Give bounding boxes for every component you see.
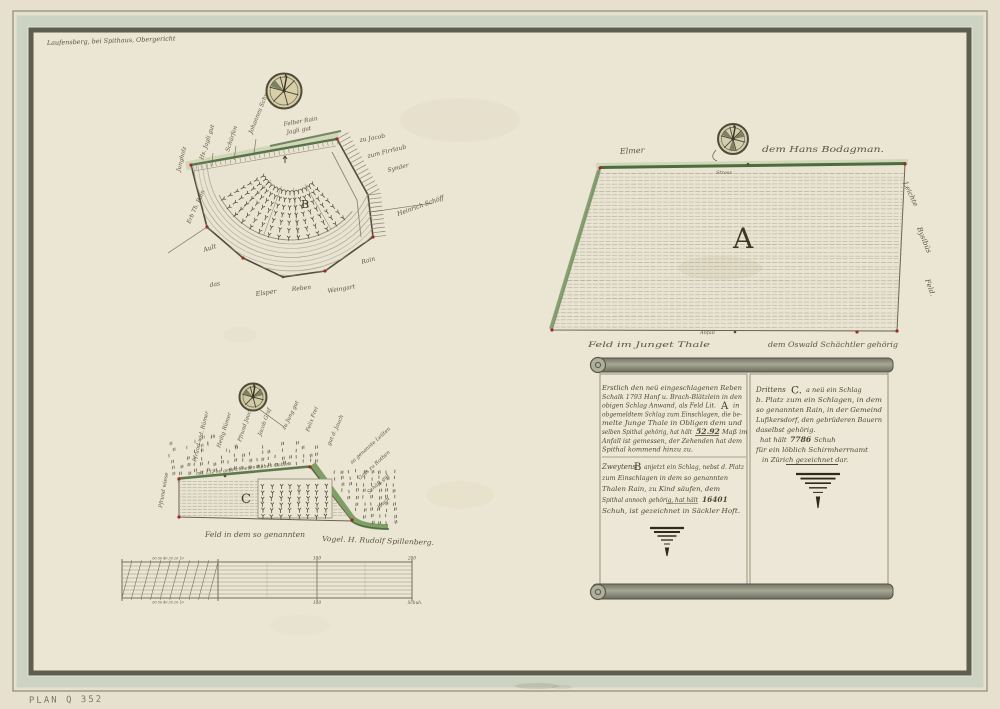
scroll-line: a neü ein Schlag — [806, 386, 862, 394]
scroll-lit-b: B — [634, 462, 641, 473]
scroll-line: Schuh, ist gezeichnet in Säckler Hoft. — [602, 507, 740, 515]
scanned-plan-sheet: Laufensberg, bei Spithaus, Obergericht B… — [0, 0, 1000, 709]
scroll-line: hat hält — [760, 436, 787, 444]
compass-rose-icon — [240, 384, 267, 411]
scroll-line: für ein löblich Schirmherrnamt — [755, 446, 868, 454]
compass-rose-icon — [718, 124, 748, 154]
scroll-line: obigen Schlag Anwand, als Feld Lit. — [602, 402, 716, 410]
scroll-lit-c: C. — [791, 385, 802, 397]
scroll-line: Maß im — [721, 428, 748, 436]
scale-minor-bottom: 60 50 40 30 20 10 — [152, 601, 184, 605]
scroll-line: Schuh — [814, 436, 836, 444]
edge-smudge-2 — [552, 685, 572, 689]
scroll-line: melte Junge Thale in Obligen dem und — [602, 419, 742, 427]
scroll-line: Spithal kommend hinzu zu. — [602, 446, 693, 454]
adjacent-label: dem Hans Bodagman. — [762, 145, 884, 154]
scroll-area-c-value: 7786 — [790, 435, 812, 444]
edge-label-bottom: Anfall — [699, 330, 715, 336]
edge-label-top: Strass — [716, 170, 732, 176]
scroll-rod-top — [592, 358, 893, 372]
scroll-text-first: Erstlich den neü eingeschlagenen Reben S… — [601, 384, 748, 454]
scale-100-top: 100 — [313, 556, 321, 561]
scroll-line: Drittens — [755, 385, 786, 394]
plot-c-letter: C — [241, 492, 251, 507]
scroll-curl-top — [591, 358, 606, 373]
scroll-rod-bottom — [592, 584, 893, 599]
scroll-line: Erstlich den neü eingeschlagenen Reben — [601, 384, 742, 392]
vine-box-c — [258, 479, 332, 518]
scroll-line: Zweytens — [601, 463, 636, 471]
scale-unit: Schuh. — [408, 600, 423, 605]
scroll-line: anjetzt ein Schlag, nebst d. Platz — [644, 463, 745, 471]
scroll-line: b. Platz zum ein Schlagen, in dem — [756, 396, 882, 404]
scroll-line: in — [733, 402, 739, 410]
scroll-line: Thalen Rain, zu Kind säufen, dem — [602, 485, 720, 493]
scroll-line: obgemeldtem Schlag zum Einschlagen, die … — [602, 410, 742, 418]
scroll-line: Lufikersdorf, den gebrüderen Bauern — [755, 416, 882, 424]
scroll-area-value: 16401 — [702, 495, 728, 504]
scroll-area-b-value: 52.92 — [696, 427, 720, 436]
scroll-line: zum Einschlagen in dem so genannten — [601, 474, 728, 482]
scroll-line: Spithal annoch gehörig, hat hält — [602, 496, 698, 504]
plan-drawing: Laufensberg, bei Spithaus, Obergericht B… — [0, 0, 1000, 709]
edge-smudge — [515, 683, 559, 689]
archive-stamp: PLAN Q 352 — [29, 695, 103, 706]
adjacent-label: Elmer — [619, 146, 646, 156]
caption-a-right: dem Oswald Schächtler gehörig — [768, 341, 899, 349]
caption-c-1: Feld in dem so genannten — [204, 531, 306, 539]
plot-a-outline — [552, 164, 905, 331]
scroll-curl-bottom — [591, 585, 606, 600]
scale-200-top: 200 — [407, 556, 416, 561]
scroll-line: Schalk 1793 Hanf u. Brach-Blätzlein in d… — [602, 393, 742, 401]
scale-100-bottom: 100 — [313, 600, 321, 605]
compass-rose-icon — [267, 74, 302, 109]
scroll-line: selben Spithal gehörig, hat hält — [602, 428, 692, 436]
plot-a-letter: A — [732, 222, 754, 255]
plot-b-letter: B — [301, 198, 309, 211]
scroll-cartouche: Erstlich den neü eingeschlagenen Reben S… — [591, 358, 894, 600]
scroll-line: so genannten Rain, in der Gemeind — [756, 406, 883, 414]
scroll-line: in Zürich gezeichnet dar. — [762, 456, 848, 464]
plot-a: A Elmer dem Hans Bodagman. Strass Anfall… — [548, 145, 937, 349]
scroll-line: daselbst gehörig. — [756, 426, 816, 434]
stain-a — [678, 256, 762, 280]
scroll-line: Anfall ist gemessen, der Zehenden hat de… — [601, 437, 742, 445]
scale-minor-top: 60 50 40 30 20 10 — [152, 557, 184, 561]
caption-a-left: Feld im Junget Thale — [586, 341, 710, 349]
